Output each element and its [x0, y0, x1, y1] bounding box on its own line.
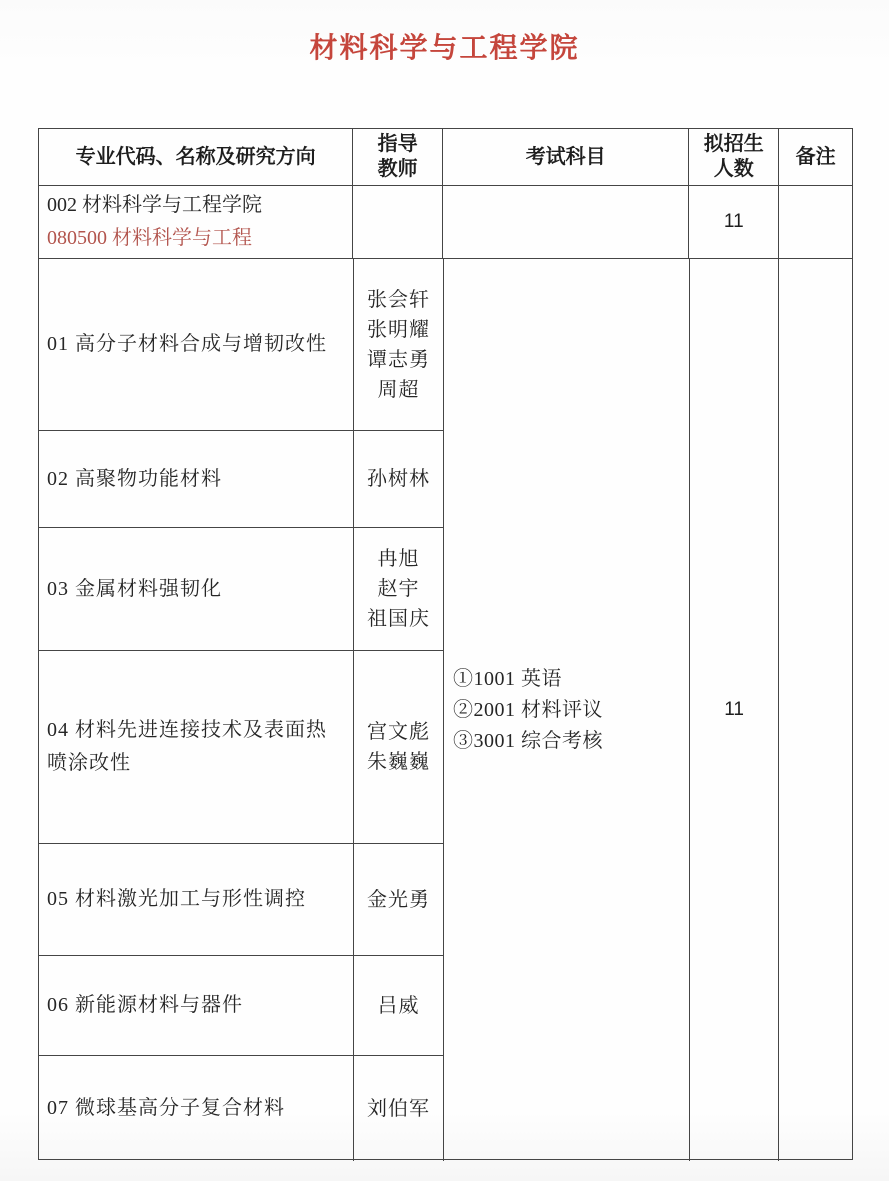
advisor-name: 吕威 — [378, 991, 420, 1021]
summary-exam-empty — [443, 186, 689, 258]
advisor-names: 冉旭 赵宇 祖国庆 — [354, 528, 444, 650]
advisor-names: 吕威 — [354, 956, 444, 1055]
summary-planned-count: 11 — [689, 186, 779, 258]
department-cell: 002 材料科学与工程学院 080500 材料科学与工程 — [39, 186, 353, 258]
exam-subject: ③3001 综合考核 — [453, 726, 603, 757]
table-row: 05 材料激光加工与形性调控 金光勇 — [39, 844, 444, 956]
remarks-merged-cell-empty — [779, 259, 852, 1161]
header-major-code: 专业代码、名称及研究方向 — [39, 129, 353, 185]
summary-remarks-empty — [779, 186, 852, 258]
header-planned-count: 拟招生 人数 — [689, 129, 779, 185]
advisor-names: 孙树林 — [354, 431, 444, 527]
research-direction: 06 新能源材料与器件 — [39, 956, 354, 1055]
table-row: 06 新能源材料与器件 吕威 — [39, 956, 444, 1056]
research-direction: 05 材料激光加工与形性调控 — [39, 844, 354, 955]
advisor-names: 刘伯军 — [354, 1056, 444, 1161]
planned-count-merged-cell: 11 — [690, 259, 780, 1161]
research-direction: 03 金属材料强韧化 — [39, 528, 354, 650]
direction-rows: 01 高分子材料合成与增韧改性 张会轩 张明耀 谭志勇 周超 02 高聚物功能材… — [39, 259, 444, 1161]
advisor-name: 赵宇 — [378, 574, 420, 604]
advisor-name: 金光勇 — [367, 885, 430, 915]
advisor-name: 张明耀 — [367, 315, 430, 345]
table-row: 01 高分子材料合成与增韧改性 张会轩 张明耀 谭志勇 周超 — [39, 259, 444, 431]
table-header-row: 专业代码、名称及研究方向 指导 教师 考试科目 拟招生 人数 备注 — [39, 129, 852, 186]
advisor-names: 张会轩 张明耀 谭志勇 周超 — [354, 259, 444, 430]
department-summary-row: 002 材料科学与工程学院 080500 材料科学与工程 11 — [39, 186, 852, 259]
admission-table: 专业代码、名称及研究方向 指导 教师 考试科目 拟招生 人数 备注 002 材料… — [38, 128, 853, 1160]
page-title: 材料科学与工程学院 — [0, 26, 889, 66]
research-direction: 02 高聚物功能材料 — [39, 431, 354, 527]
header-remarks: 备注 — [779, 129, 852, 185]
exam-subject: ①1001 英语 — [453, 664, 562, 695]
research-direction: 07 微球基高分子复合材料 — [39, 1056, 354, 1161]
advisor-name: 刘伯军 — [367, 1094, 430, 1124]
header-advisor-line2: 教师 — [378, 157, 418, 182]
header-exam-subjects: 考试科目 — [443, 129, 689, 185]
advisor-name: 谭志勇 — [367, 345, 430, 375]
exam-subjects-merged-cell: ①1001 英语 ②2001 材料评议 ③3001 综合考核 — [444, 259, 690, 1161]
advisor-name: 宫文彪 — [367, 717, 430, 747]
research-direction: 04 材料先进连接技术及表面热喷涂改性 — [39, 651, 354, 843]
advisor-names: 金光勇 — [354, 844, 444, 955]
header-advisor-line1: 指导 — [378, 132, 418, 157]
advisor-name: 朱巍巍 — [367, 747, 430, 777]
table-row: 02 高聚物功能材料 孙树林 — [39, 431, 444, 528]
page: 材料科学与工程学院 专业代码、名称及研究方向 指导 教师 考试科目 拟招生 人数… — [0, 0, 889, 1181]
advisor-names: 宫文彪 朱巍巍 — [354, 651, 444, 843]
table-row: 03 金属材料强韧化 冉旭 赵宇 祖国庆 — [39, 528, 444, 651]
research-direction: 01 高分子材料合成与增韧改性 — [39, 259, 354, 430]
advisor-name: 周超 — [378, 375, 420, 405]
table-row: 07 微球基高分子复合材料 刘伯军 — [39, 1056, 444, 1161]
header-planned-count-line2: 人数 — [714, 157, 754, 182]
summary-advisor-empty — [353, 186, 443, 258]
header-advisor: 指导 教师 — [353, 129, 443, 185]
advisor-name: 张会轩 — [367, 285, 430, 315]
department-code-name: 002 材料科学与工程学院 — [47, 189, 262, 222]
exam-subject: ②2001 材料评议 — [453, 695, 603, 726]
advisor-name: 冉旭 — [378, 544, 420, 574]
major-code-name: 080500 材料科学与工程 — [47, 222, 252, 255]
table-row: 04 材料先进连接技术及表面热喷涂改性 宫文彪 朱巍巍 — [39, 651, 444, 844]
table-body: 01 高分子材料合成与增韧改性 张会轩 张明耀 谭志勇 周超 02 高聚物功能材… — [39, 259, 852, 1161]
advisor-name: 孙树林 — [367, 464, 430, 494]
advisor-name: 祖国庆 — [367, 604, 430, 634]
header-planned-count-line1: 拟招生 — [704, 132, 764, 157]
